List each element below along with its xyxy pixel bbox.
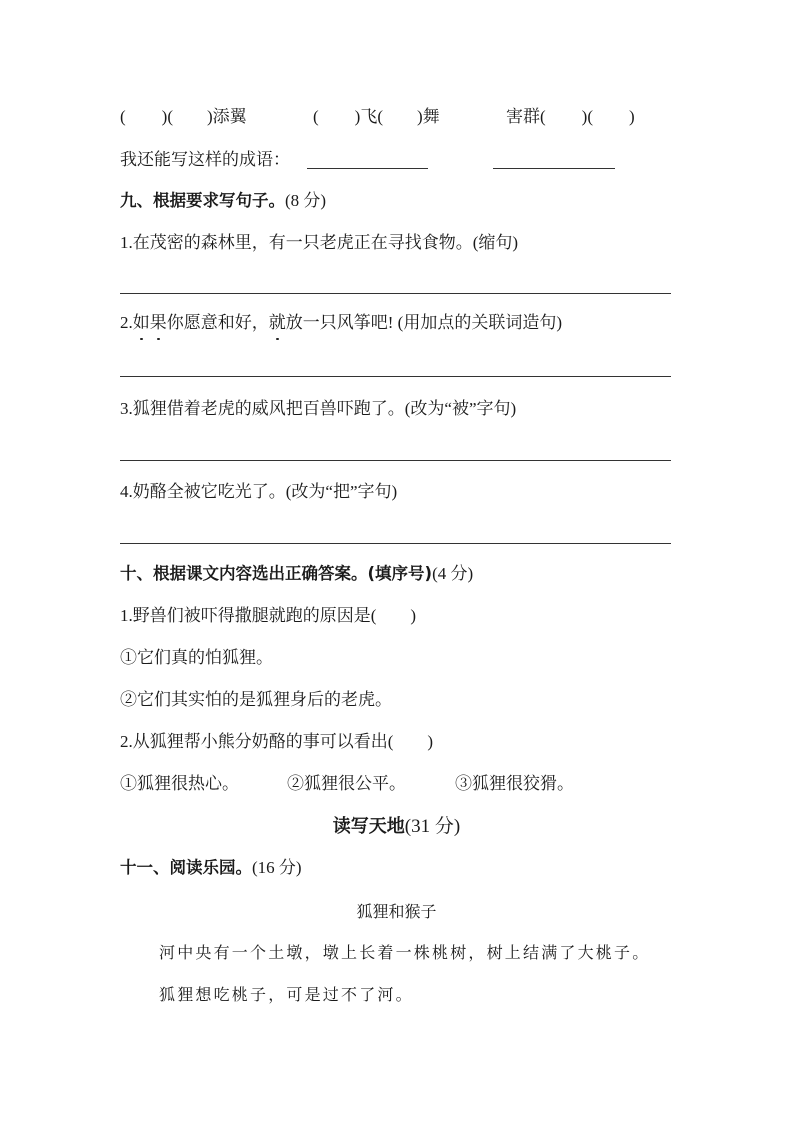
s9-question-2: 2.如果你愿意和好，就放一只风筝吧! (用加点的关联词造句) bbox=[120, 312, 562, 334]
part-title-text: 读写天地 bbox=[333, 816, 405, 837]
s10-q2-option-1: ①狐狸很热心。 bbox=[120, 773, 239, 795]
section-10-title: 十、根据课文内容选出正确答案。(填序号) bbox=[120, 564, 432, 583]
section-11-title: 十一、阅读乐园。 bbox=[120, 858, 252, 877]
s10-question-2: 2.从狐狸帮小熊分奶酪的事可以看出( ) bbox=[120, 731, 433, 753]
emphasis-dot-char: 果 bbox=[150, 312, 167, 334]
idiom-3-part-b: )( bbox=[582, 107, 593, 126]
section-9-title: 九、根据要求写句子。 bbox=[120, 191, 285, 210]
idiom-3-part-c: ) bbox=[629, 107, 635, 126]
idiom-3-part-a: 害群( bbox=[506, 107, 546, 126]
s9-question-1: 1.在茂密的森林里，有一只老虎正在寻找食物。(缩句) bbox=[120, 232, 518, 254]
idiom-2-part-a: ( bbox=[313, 107, 319, 126]
emphasis-dot-char: 如 bbox=[133, 312, 150, 334]
idiom-2-part-c: )舞 bbox=[417, 107, 440, 126]
part-title-points: (31 分) bbox=[405, 816, 460, 837]
s9-question-4: 4.奶酪全被它吃光了。(改为“把”字句) bbox=[120, 481, 397, 503]
s9-question-3: 3.狐狸借着老虎的威风把百兽吓跑了。(改为“被”字句) bbox=[120, 398, 516, 420]
s10-q2-option-3: ③狐狸很狡猾。 bbox=[455, 773, 574, 795]
story-title: 狐狸和猴子 bbox=[0, 899, 793, 922]
section-9-points: (8 分) bbox=[285, 191, 326, 210]
s10-q1-option-2: ②它们其实怕的是狐狸身后的老虎。 bbox=[120, 689, 392, 711]
idiom-answer-blank-1[interactable] bbox=[307, 168, 428, 169]
section-9-heading: 九、根据要求写句子。(8 分) bbox=[120, 190, 326, 212]
section-11-heading: 十一、阅读乐园。(16 分) bbox=[120, 857, 302, 879]
story-paragraph-2: 狐狸想吃桃子，可是过不了河。 bbox=[159, 982, 414, 1005]
idiom-1-part-c: )添翼 bbox=[207, 107, 247, 126]
idiom-item-2: ()飞()舞 bbox=[313, 106, 440, 128]
section-11-points: (16 分) bbox=[252, 858, 302, 877]
s9-q2-mid: 你愿意和好， bbox=[167, 313, 269, 332]
s10-q1-option-1: ①它们真的怕狐狸。 bbox=[120, 647, 273, 669]
idiom-1-part-b: )( bbox=[162, 107, 173, 126]
s9-q2-rest: 放一只风筝吧! (用加点的关联词造句) bbox=[286, 313, 562, 332]
idiom-answer-blank-2[interactable] bbox=[493, 168, 615, 169]
emphasis-dot-char: 就 bbox=[269, 312, 286, 334]
s9-answer-line-2[interactable] bbox=[120, 376, 671, 377]
section-10-points: (4 分) bbox=[432, 564, 473, 583]
s10-q2-option-2: ②狐狸很公平。 bbox=[287, 773, 406, 795]
idiom-2-part-b: )飞( bbox=[355, 107, 383, 126]
idiom-item-3: 害群()() bbox=[506, 106, 635, 128]
idiom-item-1: ()()添翼 bbox=[120, 106, 247, 128]
s9-q2-prefix: 2. bbox=[120, 313, 133, 332]
part-title: 读写天地(31 分) bbox=[0, 816, 793, 838]
s9-answer-line-3[interactable] bbox=[120, 460, 671, 461]
s9-answer-line-4[interactable] bbox=[120, 543, 671, 544]
story-paragraph-1: 河中央有一个土墩，墩上长着一株桃树，树上结满了大桃子。 bbox=[159, 940, 650, 963]
s9-answer-line-1[interactable] bbox=[120, 293, 671, 294]
s10-question-1: 1.野兽们被吓得撒腿就跑的原因是( ) bbox=[120, 605, 416, 627]
section-10-heading: 十、根据课文内容选出正确答案。(填序号)(4 分) bbox=[120, 563, 473, 585]
idiom-1-part-a: ( bbox=[120, 107, 126, 126]
idiom-prompt: 我还能写这样的成语： bbox=[120, 149, 290, 171]
